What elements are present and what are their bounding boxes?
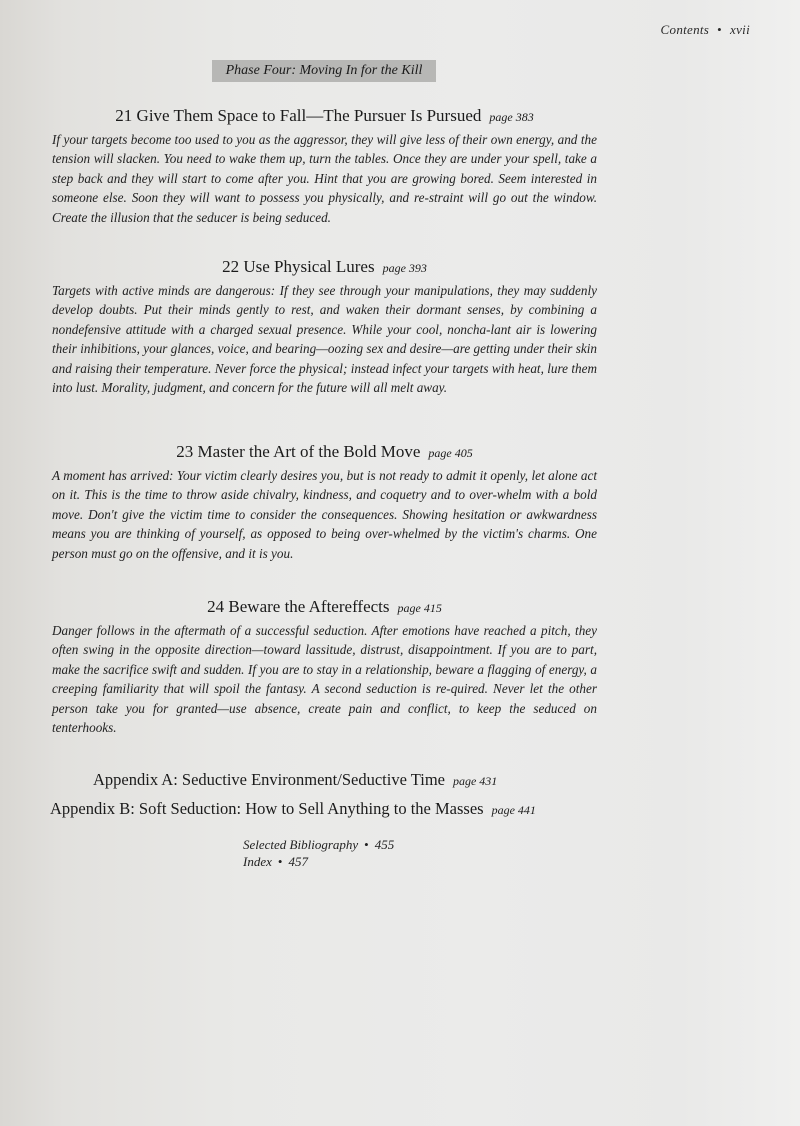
phase-label: Phase Four: Moving In for the Kill xyxy=(212,60,436,82)
running-head-separator: • xyxy=(717,22,722,37)
backmatter-list: Selected Bibliography•455 Index•457 xyxy=(243,836,394,870)
chapter-page-ref: page 405 xyxy=(428,446,472,460)
chapter-24: 24 Beware the Aftereffectspage 415 Dange… xyxy=(52,597,597,737)
backmatter-separator: • xyxy=(278,854,283,869)
chapter-page-ref: page 383 xyxy=(489,110,533,124)
appendix-title: Appendix B: Soft Seduction: How to Sell … xyxy=(50,799,484,818)
chapter-21: 21 Give Them Space to Fall—The Pursuer I… xyxy=(52,106,597,227)
chapter-summary: A moment has arrived: Your victim clearl… xyxy=(52,466,597,563)
chapter-title-row: 23 Master the Art of the Bold Movepage 4… xyxy=(52,442,597,462)
backmatter-page: 457 xyxy=(288,854,308,869)
running-head-section: Contents xyxy=(661,22,710,37)
backmatter-page: 455 xyxy=(375,837,395,852)
running-head: Contents•xvii xyxy=(661,22,750,38)
chapter-title: 24 Beware the Aftereffects xyxy=(207,597,389,616)
backmatter-item-index: Index•457 xyxy=(243,853,394,870)
chapter-title-row: 21 Give Them Space to Fall—The Pursuer I… xyxy=(52,106,597,126)
appendix-page-ref: page 441 xyxy=(492,803,536,817)
chapter-title-row: 22 Use Physical Lurespage 393 xyxy=(52,257,597,277)
chapter-title: 21 Give Them Space to Fall—The Pursuer I… xyxy=(115,106,481,125)
chapter-23: 23 Master the Art of the Bold Movepage 4… xyxy=(52,442,597,563)
backmatter-title: Selected Bibliography xyxy=(243,837,358,852)
chapter-summary: Targets with active minds are dangerous:… xyxy=(52,281,597,397)
chapter-summary: Danger follows in the aftermath of a suc… xyxy=(52,621,597,737)
running-head-page-number: xvii xyxy=(730,22,750,37)
chapter-title: 22 Use Physical Lures xyxy=(222,257,375,276)
chapter-page-ref: page 415 xyxy=(398,601,442,615)
chapter-title: 23 Master the Art of the Bold Move xyxy=(176,442,420,461)
appendix-title: Appendix A: Seductive Environment/Seduct… xyxy=(93,770,445,789)
chapter-title-row: 24 Beware the Aftereffectspage 415 xyxy=(52,597,597,617)
chapter-page-ref: page 393 xyxy=(383,261,427,275)
backmatter-item-bibliography: Selected Bibliography•455 xyxy=(243,836,394,853)
appendix-page-ref: page 431 xyxy=(453,774,497,788)
backmatter-separator: • xyxy=(364,837,369,852)
chapter-22: 22 Use Physical Lurespage 393 Targets wi… xyxy=(52,257,597,397)
appendix-a: Appendix A: Seductive Environment/Seduct… xyxy=(93,770,497,790)
appendix-b: Appendix B: Soft Seduction: How to Sell … xyxy=(50,799,536,819)
chapter-summary: If your targets become too used to you a… xyxy=(52,130,597,227)
backmatter-title: Index xyxy=(243,854,272,869)
